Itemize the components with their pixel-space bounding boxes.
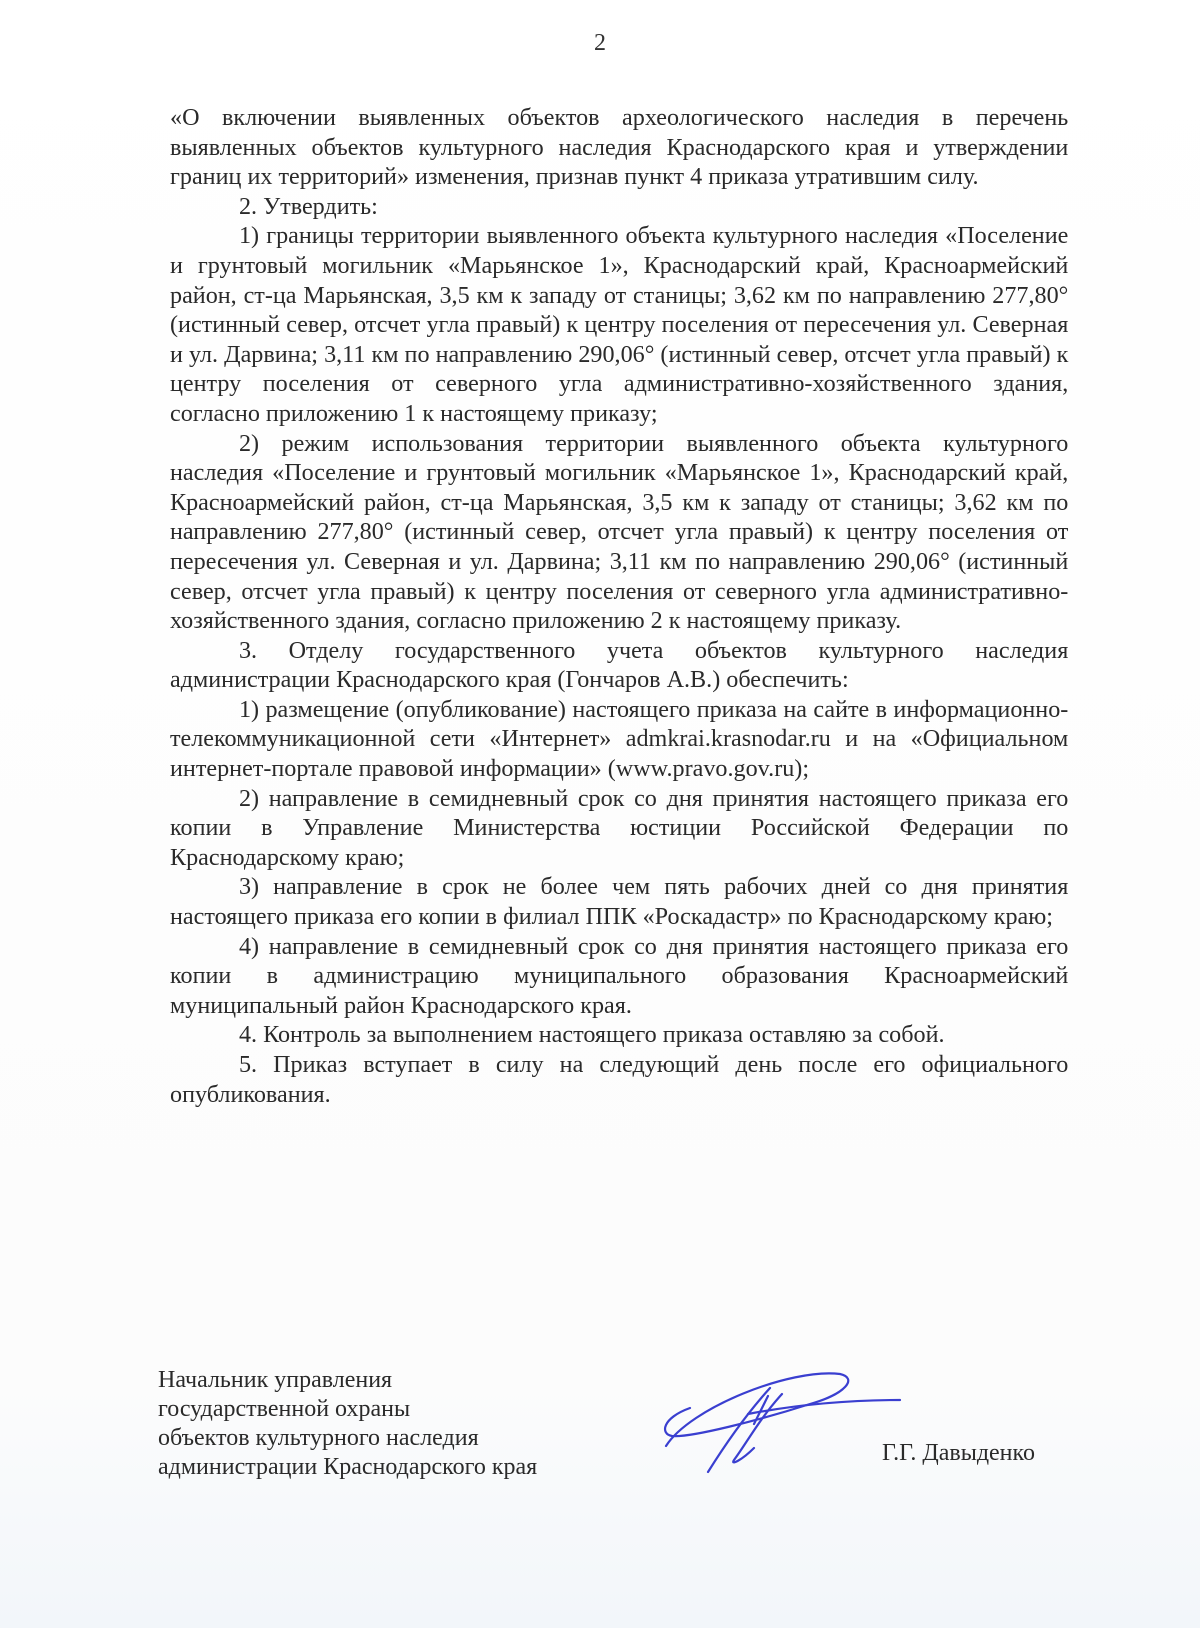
paragraph-continuation: «О включении выявленных объектов археоло… — [170, 103, 1068, 192]
signer-position-line: объектов культурного наследия — [158, 1424, 537, 1453]
paragraph-item-3-2: 2) направление в семидневный срок со дня… — [170, 784, 1068, 873]
document-page: 2 «О включении выявленных объектов архео… — [0, 0, 1200, 1628]
signer-position-line: администрации Краснодарского края — [158, 1453, 537, 1482]
signer-position-line: Начальник управления — [158, 1366, 537, 1395]
paragraph-item-5: 5. Приказ вступает в силу на следующий д… — [170, 1050, 1068, 1109]
paragraph-item-4: 4. Контроль за выполнением настоящего пр… — [170, 1020, 1068, 1050]
paragraph-item-3-1: 1) размещение (опубликование) настоящего… — [170, 695, 1068, 784]
paragraph-item-2-2: 2) режим использования территории выявле… — [170, 429, 1068, 636]
order-body: «О включении выявленных объектов археоло… — [170, 103, 1068, 1109]
page-number: 2 — [0, 30, 1200, 57]
signer-position: Начальник управления государственной охр… — [158, 1366, 537, 1482]
signer-position-line: государственной охраны — [158, 1395, 537, 1424]
paragraph-item-2: 2. Утвердить: — [170, 192, 1068, 222]
signer-name: Г.Г. Давыденко — [882, 1440, 1035, 1467]
paragraph-item-3-3: 3) направление в срок не более чем пять … — [170, 872, 1068, 931]
paragraph-item-2-1: 1) границы территории выявленного объект… — [170, 221, 1068, 428]
handwritten-signature-icon — [650, 1348, 910, 1478]
paragraph-item-3: 3. Отделу государственного учета объекто… — [170, 636, 1068, 695]
paragraph-item-3-4: 4) направление в семидневный срок со дня… — [170, 932, 1068, 1021]
